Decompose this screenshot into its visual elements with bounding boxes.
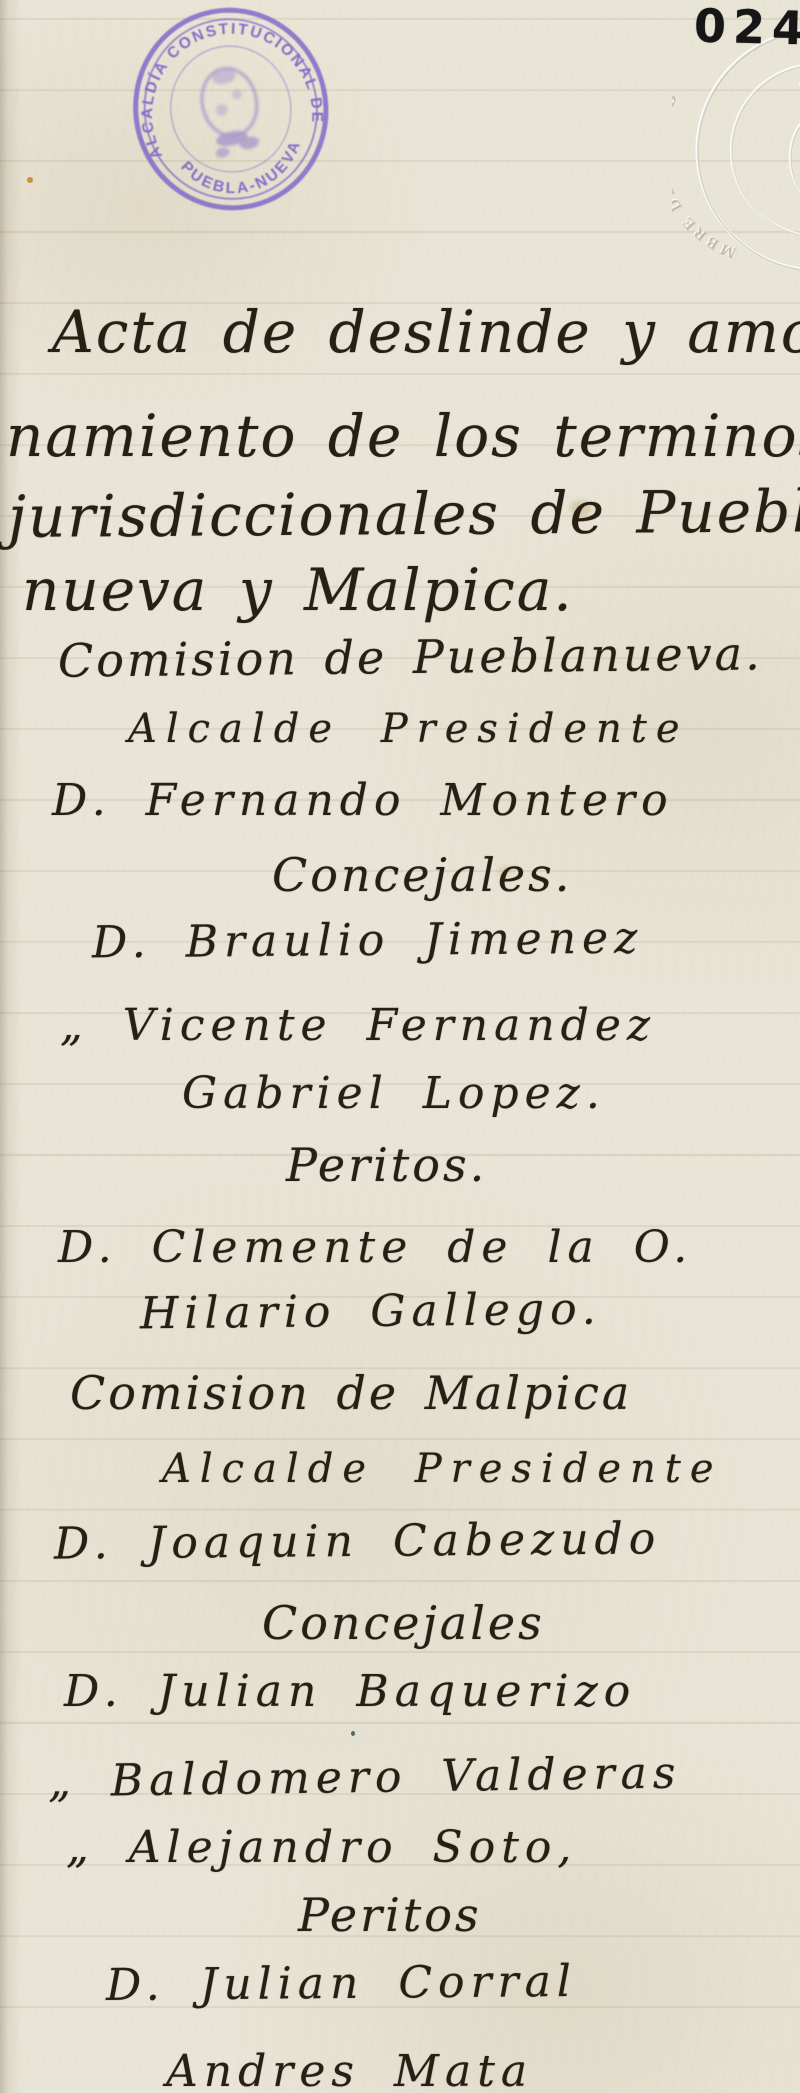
municipal-stamp: ALCALDÍA CONSTITUCIONAL DE PUEBLA-NUEVA bbox=[111, 0, 352, 233]
name-braulio-jimenez: D. Braulio Jimenez bbox=[92, 913, 644, 969]
heading-peritos-2: Peritos bbox=[298, 1888, 482, 1942]
page-binding-edge bbox=[0, 0, 22, 2093]
subheading-alcalde-presidente-1: Alcalde Presidente bbox=[128, 706, 689, 752]
name-gabriel-lopez: Gabriel Lopez. bbox=[182, 1068, 606, 1119]
title-line-2: namiento de los terminos bbox=[6, 402, 800, 470]
manuscript-page: MBRE DEL ESTAD MBRE DEL ESTAD 024 ALCALD… bbox=[0, 0, 800, 2093]
ink-speck bbox=[351, 1731, 355, 1736]
name-baldomero-valderas: „ Baldomero Valderas bbox=[48, 1748, 682, 1808]
stamp-coat-of-arms-icon bbox=[196, 63, 267, 159]
name-clemente-de-la-o: D. Clemente de la O. bbox=[58, 1222, 693, 1273]
title-line-4: nueva y Malpica. bbox=[22, 556, 574, 624]
heading-peritos-1: Peritos. bbox=[286, 1138, 487, 1192]
name-fernando-montero: D. Fernando Montero bbox=[52, 775, 674, 826]
name-joaquin-cabezudo: D. Joaquin Cabezudo bbox=[54, 1513, 662, 1569]
seal-text: MBRE DEL ESTAD bbox=[672, 88, 739, 261]
name-alejandro-soto: „ Alejandro Soto, bbox=[66, 1822, 577, 1873]
name-vicente-fernandez: „ Vicente Fernandez bbox=[60, 1000, 656, 1051]
heading-comision-malpica: Comision de Malpica bbox=[70, 1366, 632, 1420]
embossed-state-seal: MBRE DEL ESTAD MBRE DEL ESTAD bbox=[672, 22, 800, 302]
heading-concejales-1: Concejales. bbox=[272, 848, 572, 902]
svg-text:MBRE DEL ESTAD: MBRE DEL ESTAD bbox=[672, 87, 738, 260]
ink-stain bbox=[27, 177, 33, 183]
heading-concejales-2: Concejales bbox=[262, 1596, 545, 1650]
title-line-1: Acta de deslinde y amojo bbox=[52, 298, 800, 366]
seal-coat-of-arms-icon bbox=[790, 70, 800, 204]
name-julian-baquerizo: D. Julian Baquerizo bbox=[64, 1666, 636, 1717]
name-hilario-gallego: Hilario Gallego. bbox=[140, 1284, 602, 1340]
subheading-alcalde-presidente-2: Alcalde Presidente bbox=[162, 1446, 723, 1492]
name-julian-corral: D. Julian Corral bbox=[106, 1956, 577, 2011]
heading-comision-pueblanueva: Comision de Pueblanueva. bbox=[58, 626, 763, 687]
title-line-3: jurisdiccionales de Puebla bbox=[8, 477, 800, 551]
svg-text:MBRE DEL ESTAD: MBRE DEL ESTAD bbox=[672, 88, 739, 261]
name-andres-mata: Andres Mata bbox=[166, 2046, 533, 2093]
folio-number-stamp: 024 bbox=[693, 0, 800, 56]
